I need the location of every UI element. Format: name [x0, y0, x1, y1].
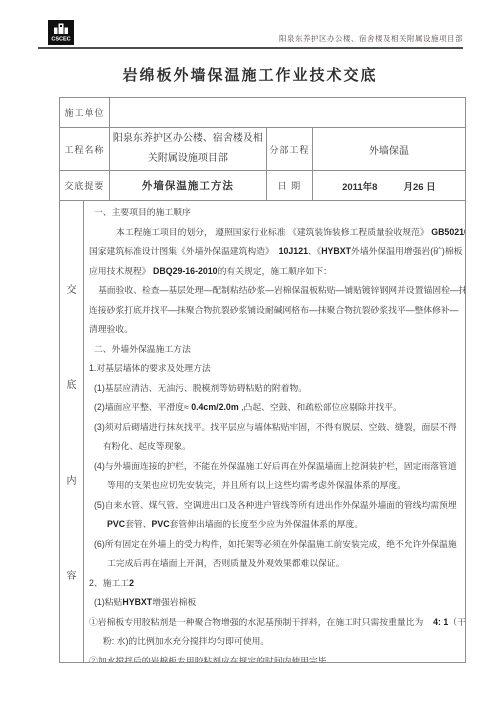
content-line: 国家建筑标准设计图集《外墙外保温建筑构造》 10J121、《HYBXT外墙外保温… [89, 242, 465, 262]
date-label: 日 期 [267, 171, 313, 200]
side-char-4: 容 [67, 567, 77, 582]
side-char-3: 内 [67, 472, 77, 487]
content-line: 粉: 水)的比例加水充分搅拌均匀即可使用。 [89, 632, 465, 652]
content-line: 工完成后再在墙面上开洞，否则质量及外观效果都难以保证。 [89, 554, 465, 574]
info-table: 施工单位 工程名称 阳泉东养护区办公楼、宿舍楼及相 关附属设施项目部 分部工程 … [59, 97, 466, 663]
project-name-line2: 关附属设施项目部 [148, 149, 228, 169]
content-line: (4)与外墙面连接的护栏，不能在外保温施工好后再在外保温墙面上挖洞装护栏，固定雨… [89, 457, 465, 477]
content-lines: 一、主要项目的施工顺序本工程施工项目的划分， 遵照国家行业标准 《建筑装饰装修工… [84, 201, 465, 662]
construction-unit-label: 施工单位 [60, 98, 110, 127]
sub-project-value: 外墙保温 [313, 128, 465, 170]
logo-text: CSCEC [51, 37, 70, 43]
construction-unit-value [110, 98, 465, 127]
content-line: (2)墙面应平整、平滑度≈ 0.4cm/2.0m ,凸起、空鼓、和疏松部位应剔除… [89, 398, 465, 418]
row-project-name: 工程名称 阳泉东养护区办公楼、宿舍楼及相 关附属设施项目部 分部工程 外墙保温 [60, 128, 465, 171]
page-title: 岩绵板外墙保温施工作业技术交底 [0, 64, 500, 85]
content-line: 2、施工工2 [89, 574, 465, 594]
content-line: (6)所有固定在外墙上的受力构件，如托架等必须在外保温施工前安装完成，绝不允许外… [89, 535, 465, 555]
project-name-label: 工程名称 [60, 128, 110, 170]
content-line: PVC套管、PVC套管伸出墙面的长度至少应为外保温体系的厚度。 [89, 515, 465, 535]
row-content: 交 底 内 容 一、主要项目的施工顺序本工程施工项目的划分， 遵照国家行业标准 … [60, 201, 465, 662]
summary-value: 外墙保温施工方法 [110, 171, 267, 200]
page-header: CSCEC 阳泉东养护区办公楼、宿舍楼及相关附属设施项目部 [38, 0, 463, 49]
row-construction-unit: 施工单位 [60, 98, 465, 128]
sub-project-label: 分部工程 [267, 128, 313, 170]
summary-label: 交底提要 [60, 171, 110, 200]
date-part-year-month: 2011年8 [342, 179, 377, 193]
content-line: 等用的支架也应切先安装完，并且所有以上这些均需考虑外保温体系的厚度。 [89, 476, 465, 496]
content-line: 本工程施工项目的划分， 遵照国家行业标准 《建筑装饰装修工程质量验收规范》 GB… [89, 223, 465, 243]
content-line: ②加水搅拌后的岩棉板专用胶粘剂应在规定的时间内使用完毕 [89, 652, 465, 663]
side-char-2: 底 [67, 376, 77, 391]
content-line: 一、主要项目的施工顺序 [89, 203, 465, 223]
project-name-value: 阳泉东养护区办公楼、宿舍楼及相 关附属设施项目部 [110, 128, 267, 170]
header-project-name: 阳泉东养护区办公楼、宿舍楼及相关附属设施项目部 [279, 33, 463, 44]
content-side-label: 交 底 内 容 [60, 201, 84, 662]
content-line: (1)粘贴HYBXT增强岩棉板 [89, 593, 465, 613]
date-value: 2011年8 月26 日 [313, 171, 465, 200]
content-line: 1.对基层墙体的要求及处理方法 [89, 359, 465, 379]
project-name-line1: 阳泉东养护区办公楼、宿舍楼及相 [113, 129, 263, 149]
content-line: 清理验收。 [89, 320, 465, 340]
cscec-logo-icon: CSCEC [48, 20, 74, 45]
content-line: (3)须对后砌墙进行抹灰找平。找平层应与墙体粘贴牢固，不得有脱层、空鼓、缝裂，面… [89, 418, 465, 438]
content-line: ①岩棉板专用胶粘剂是一种聚合物增强的水泥基预制干拌料，在施工时只需按重量比为 4… [89, 613, 465, 633]
row-summary: 交底提要 外墙保温施工方法 日 期 2011年8 月26 日 [60, 171, 465, 201]
content-line: (1)基层应清洁、无油污、脱模剂等妨碍粘贴的附着物。 [89, 379, 465, 399]
content-line: 有粉化、起皮等现象。 [89, 437, 465, 457]
date-part-day: 月26 日 [403, 179, 435, 193]
content-line: 应用技术规程》 DBQ29-16-2010的有关规定，施工顺序如下： [89, 262, 465, 282]
content-line: (5)自来水管、煤气管、空调进出口及各种进户管线等所有进出作外保温外墙面的管线均… [89, 496, 465, 516]
content-line: 连接砂浆打底并找平—抹聚合物抗裂砂浆铺设耐碱网格布—抹聚合物抗裂砂浆找平—整体修… [89, 301, 465, 321]
content-line: 基面验收、检查—基层处理—配制粘结砂浆—岩棉保温板粘贴—铺贴镀锌钢网并设置锚固栓… [89, 281, 465, 301]
document-page: CSCEC 阳泉东养护区办公楼、宿舍楼及相关附属设施项目部 岩绵板外墙保温施工作… [0, 0, 500, 708]
content-line: 二、外墙外保温施工方法 [89, 340, 465, 360]
side-char-1: 交 [67, 281, 77, 296]
